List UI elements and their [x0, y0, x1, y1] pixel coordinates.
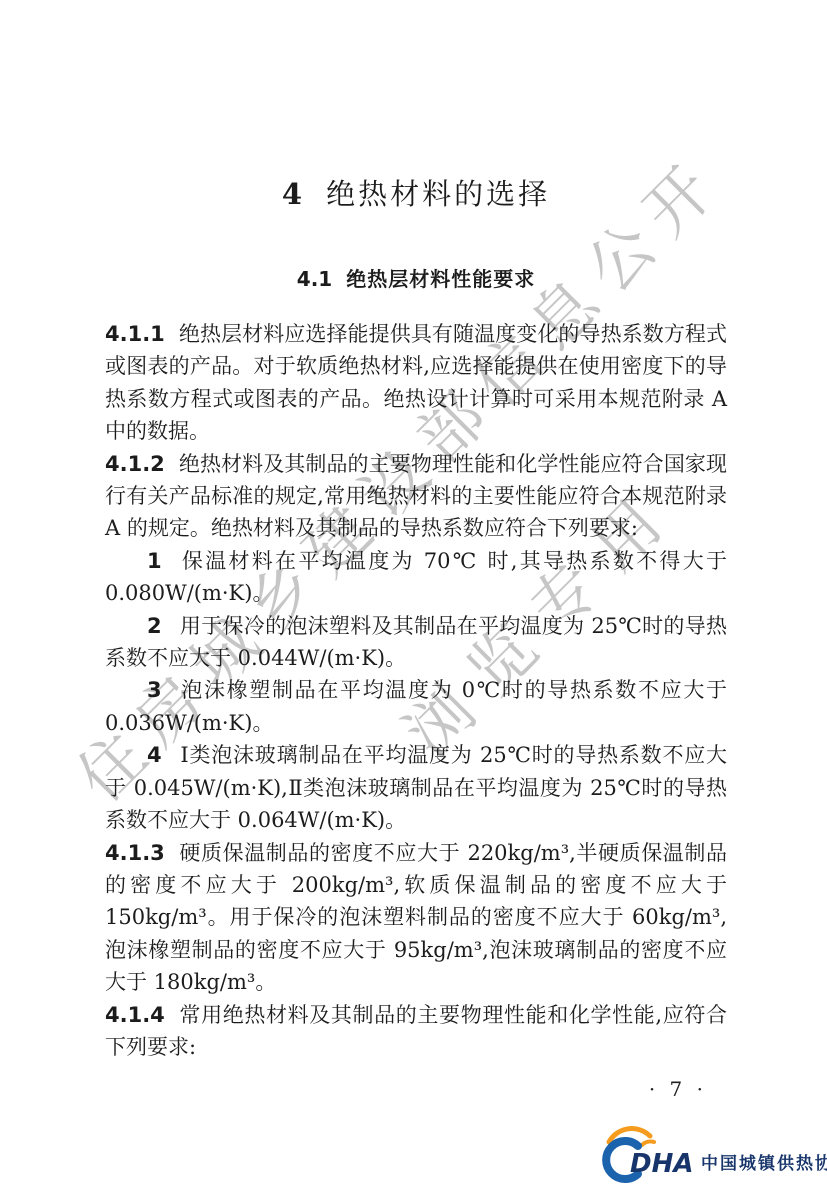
- item-number: 1: [147, 549, 162, 573]
- clause-4-1-2: 4.1.2绝热材料及其制品的主要物理性能和化学性能应符合国家现行有关产品标准的规…: [105, 448, 727, 545]
- section-number: 4.1: [297, 267, 332, 291]
- clause-number: 4.1.1: [105, 322, 165, 346]
- clause-4-1-1: 4.1.1绝热层材料应选择能提供具有随温度变化的导热系数方程式或图表的产品。对于…: [105, 318, 727, 448]
- clause-text: 常用绝热材料及其制品的主要物理性能和化学性能,应符合下列要求:: [105, 1003, 727, 1059]
- item-number: 4: [147, 743, 162, 767]
- clause-text: 硬质保温制品的密度不应大于 220kg/m³,半硬质保温制品的密度不应大于 20…: [105, 841, 727, 995]
- clause-4-1-2-item-1: 1保温材料在平均温度为 70℃ 时,其导热系数不得大于 0.080W/(m·K)…: [105, 545, 727, 610]
- page-number: · 7 ·: [105, 1077, 727, 1101]
- chapter-title: 4绝热材料的选择: [105, 0, 727, 212]
- clause-4-1-2-item-4: 4Ⅰ类泡沫玻璃制品在平均温度为 25℃时的导热系数不应大于 0.045W/(m·…: [105, 739, 727, 836]
- logo-name-text: 中国城镇供热协会: [701, 1153, 827, 1174]
- section-title-text: 绝热层材料性能要求: [346, 267, 535, 291]
- item-number: 3: [147, 678, 162, 702]
- logo-abbr-text: DHA: [630, 1149, 693, 1179]
- clause-text: 绝热层材料应选择能提供具有随温度变化的导热系数方程式或图表的产品。对于软质绝热材…: [105, 322, 727, 443]
- cdha-logo-graphic: DHA 中国城镇供热协会: [593, 1124, 827, 1186]
- section-title: 4.1绝热层材料性能要求: [105, 266, 727, 292]
- clause-4-1-2-item-2: 2用于保冷的泡沫塑料及其制品在平均温度为 25℃时的导热系数不应大于 0.044…: [105, 610, 727, 675]
- item-text: Ⅰ类泡沫玻璃制品在平均温度为 25℃时的导热系数不应大于 0.045W/(m·K…: [105, 743, 727, 832]
- chapter-title-text: 绝热材料的选择: [326, 177, 550, 211]
- item-text: 保温材料在平均温度为 70℃ 时,其导热系数不得大于 0.080W/(m·K)。: [105, 549, 727, 605]
- document-body: 4.1.1绝热层材料应选择能提供具有随温度变化的导热系数方程式或图表的产品。对于…: [105, 318, 727, 1063]
- clause-4-1-3: 4.1.3硬质保温制品的密度不应大于 220kg/m³,半硬质保温制品的密度不应…: [105, 837, 727, 999]
- chapter-number: 4: [282, 177, 302, 211]
- item-text: 用于保冷的泡沫塑料及其制品在平均温度为 25℃时的导热系数不应大于 0.044W…: [105, 614, 727, 670]
- clause-number: 4.1.2: [105, 452, 165, 476]
- document-page: 住房城乡建设部信息公开 浏览专用 4绝热材料的选择 4.1绝热层材料性能要求 4…: [0, 0, 827, 1199]
- clause-number: 4.1.3: [105, 841, 165, 865]
- association-logo: DHA 中国城镇供热协会: [593, 1124, 827, 1190]
- item-text: 泡沫橡塑制品在平均温度为 0℃时的导热系数不应大于 0.036W/(m·K)。: [105, 678, 727, 734]
- item-number: 2: [147, 614, 162, 638]
- page-content: 4绝热材料的选择 4.1绝热层材料性能要求 4.1.1绝热层材料应选择能提供具有…: [0, 0, 827, 1101]
- clause-4-1-2-item-3: 3泡沫橡塑制品在平均温度为 0℃时的导热系数不应大于 0.036W/(m·K)。: [105, 674, 727, 739]
- heat-wave-inner-icon: [642, 1141, 654, 1145]
- clause-text: 绝热材料及其制品的主要物理性能和化学性能应符合国家现行有关产品标准的规定,常用绝…: [105, 452, 727, 541]
- clause-4-1-4: 4.1.4常用绝热材料及其制品的主要物理性能和化学性能,应符合下列要求:: [105, 999, 727, 1064]
- clause-number: 4.1.4: [105, 1003, 165, 1027]
